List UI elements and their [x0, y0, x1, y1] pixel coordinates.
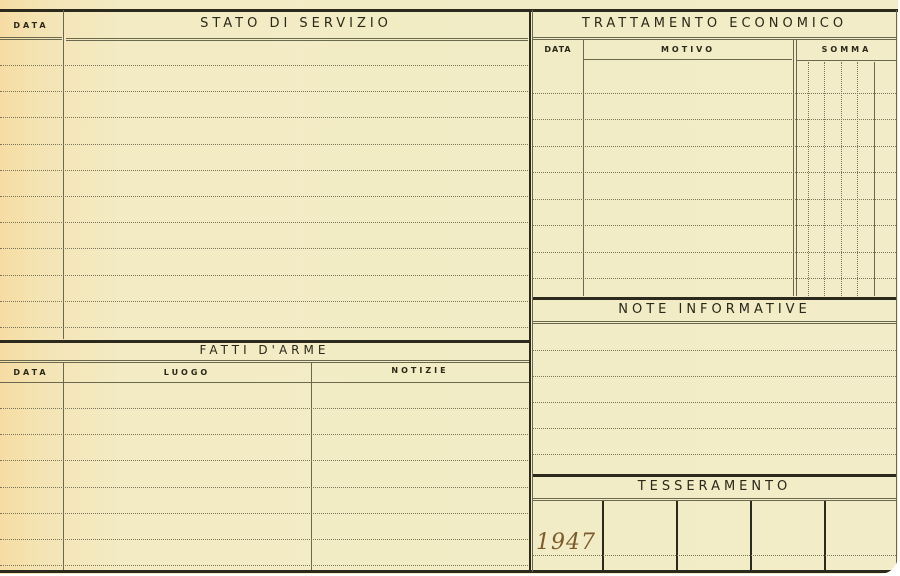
stato-row[interactable] [0, 196, 528, 197]
stato-header-line [0, 37, 62, 38]
note-title-line [533, 321, 896, 322]
tesseramento-cell-1947[interactable]: 1947 [536, 530, 596, 555]
somma-cents-divider [874, 62, 875, 296]
trattamento-title: TRATTAMENTO ECONOMICO [533, 16, 896, 31]
trattamento-row[interactable] [533, 172, 896, 173]
trattamento-data-header: DATA [533, 45, 583, 54]
tesseramento-baseline [533, 555, 896, 556]
stato-row[interactable] [0, 144, 528, 145]
trattamento-somma-col-divider [796, 40, 797, 296]
note-row[interactable] [533, 454, 896, 455]
stato-row[interactable] [0, 65, 528, 66]
trattamento-row[interactable] [533, 199, 896, 200]
fatti-row[interactable] [0, 460, 528, 461]
right-border [896, 10, 897, 572]
fatti-row[interactable] [0, 408, 528, 409]
somma-digit-divider [857, 62, 858, 296]
stato-data-col-divider [63, 10, 64, 339]
note-row[interactable] [533, 402, 896, 403]
trattamento-row[interactable] [533, 252, 896, 253]
stato-row[interactable] [0, 222, 528, 223]
bottom-border [0, 570, 892, 573]
stato-row[interactable] [0, 170, 528, 171]
note-title-line [533, 323, 896, 324]
main-divider [529, 10, 531, 572]
trattamento-row[interactable] [533, 119, 896, 120]
tesseramento-cell-divider [824, 501, 826, 570]
somma-digit-divider [824, 62, 825, 296]
trattamento-row[interactable] [533, 146, 896, 147]
tesseramento-top-line [533, 474, 896, 477]
stato-title: STATO DI SERVIZIO [64, 16, 528, 31]
stato-row[interactable] [0, 117, 528, 118]
stato-row[interactable] [0, 301, 528, 302]
trattamento-row[interactable] [533, 225, 896, 226]
note-row[interactable] [533, 376, 896, 377]
stato-row[interactable] [0, 91, 528, 92]
fatti-header-line [0, 382, 529, 383]
fatti-row[interactable] [0, 434, 528, 435]
trattamento-somma-header: SOMMA [797, 45, 896, 54]
fatti-row[interactable] [0, 487, 528, 488]
fatti-row[interactable] [0, 565, 528, 566]
stato-data-header: DATA [0, 21, 62, 30]
stato-row[interactable] [0, 275, 528, 276]
somma-digit-divider [808, 62, 809, 296]
fatti-luogo-header: LUOGO [64, 368, 310, 377]
trattamento-row[interactable] [533, 93, 896, 94]
trattamento-motivo-header: MOTIVO [584, 45, 792, 54]
tesseramento-cell-divider [602, 501, 604, 570]
fatti-title-line [0, 360, 529, 361]
top-border [0, 9, 898, 12]
stato-row[interactable] [0, 248, 528, 249]
stato-header-line [66, 40, 528, 41]
stato-header-line [66, 38, 528, 39]
trattamento-title-line [533, 37, 896, 38]
fatti-notizie-header: NOTIZIE [312, 366, 528, 375]
note-row[interactable] [533, 350, 896, 351]
fatti-title: FATTI D'ARME [0, 343, 529, 357]
tesseramento-title-line [533, 500, 896, 501]
note-top-line [533, 297, 896, 300]
trattamento-row[interactable] [533, 278, 896, 279]
service-record-card: DATA STATO DI SERVIZIO FATTI D'ARME DATA… [0, 0, 898, 574]
tesseramento-cell-divider [750, 501, 752, 570]
tesseramento-cell-divider [676, 501, 678, 570]
note-row[interactable] [533, 428, 896, 429]
trattamento-header-line [797, 60, 896, 61]
note-title: NOTE INFORMATIVE [533, 302, 896, 317]
fatti-data-header: DATA [0, 368, 62, 377]
stato-header-line [0, 39, 62, 40]
trattamento-data-col-divider [583, 40, 584, 296]
fatti-row[interactable] [0, 513, 528, 514]
trattamento-somma-col-divider [793, 40, 794, 296]
somma-digit-divider [841, 62, 842, 296]
stato-row[interactable] [0, 327, 528, 328]
tesseramento-title: TESSERAMENTO [533, 479, 896, 494]
fatti-title-line [0, 362, 529, 363]
trattamento-header-line [584, 59, 792, 60]
trattamento-title-line [533, 39, 896, 40]
tesseramento-title-line [533, 498, 896, 499]
fatti-row[interactable] [0, 539, 528, 540]
